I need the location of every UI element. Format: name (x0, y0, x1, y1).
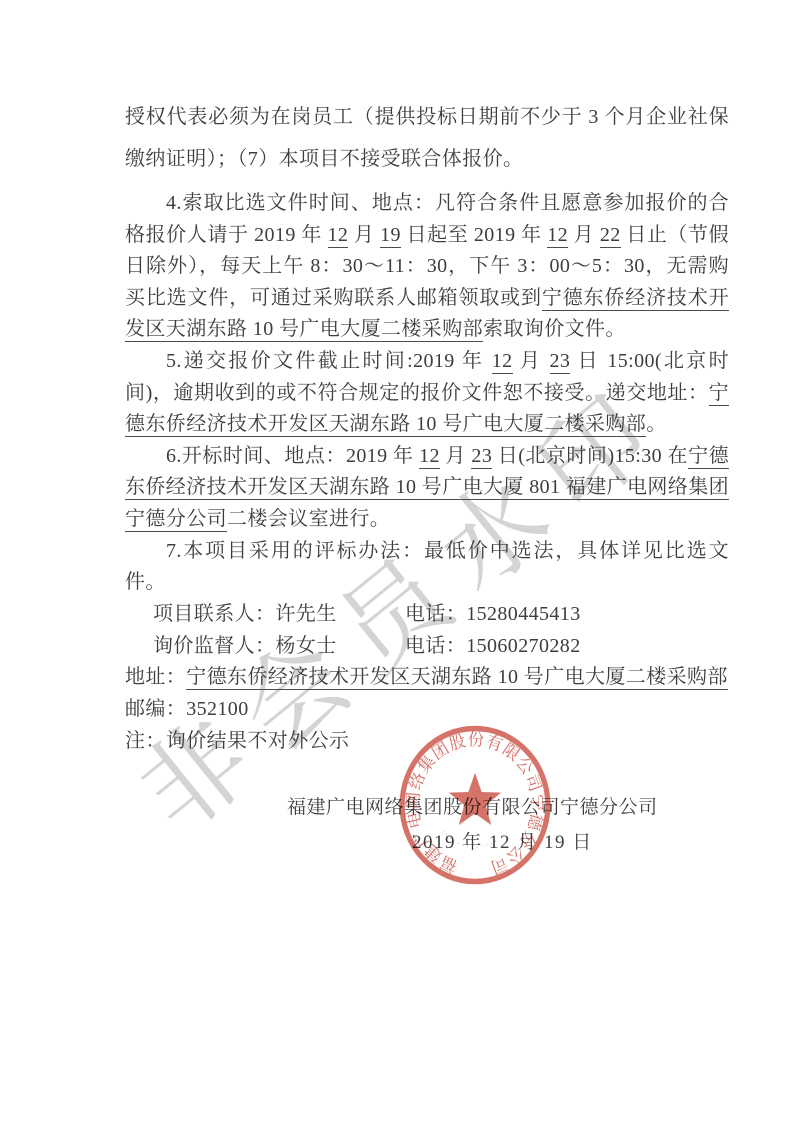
text-segment: 月 (568, 224, 600, 246)
paragraph-item-4: 4.索取比选文件时间、地点：凡符合条件且愿意参加报价的合格报价人请于 2019 … (125, 188, 729, 346)
underlined-text: 19 (380, 224, 401, 248)
paragraph-continued: 授权代表必须为在岗员工（提供投标日期前不少于 3 个月企业社保缴纳证明）；（7）… (125, 96, 729, 180)
text-segment: 二楼会议室进行。 (227, 508, 390, 530)
contact-name: 项目联系人：许先生 (153, 603, 337, 625)
paragraph-item-7: 7.本项目采用的评标办法：最低价中选法，具体详见比选文件。 (125, 536, 729, 599)
text-segment: 索取询价文件。 (483, 318, 626, 340)
text-segment: 月 (440, 445, 472, 467)
text-segment: 授权代表必须为在岗员工（提供投标日期前不少于 3 个月企业社保缴纳证明）；（7）… (125, 106, 729, 170)
seal-serial-holder: ············· (440, 827, 501, 852)
underlined-text: 23 (471, 445, 492, 469)
contact-phone: 电话：15280445413 (405, 599, 581, 631)
text-segment: 月 (348, 224, 380, 246)
underlined-text: 12 (419, 445, 440, 469)
seal-star (449, 773, 501, 825)
text-segment: 5.递交报价文件截止时间:2019 年 (166, 350, 492, 372)
underlined-text: 12 (328, 224, 349, 248)
company-seal: 福建广电网络集团股份有限公司宁德分公司 ············· (394, 720, 556, 890)
contact-row: 询价监督人：杨女士电话：15060270282 (125, 631, 729, 663)
contact-list: 项目联系人：许先生电话：15280445413询价监督人：杨女士电话：15060… (125, 599, 729, 663)
postal-label: 邮编： (125, 698, 186, 720)
underlined-text: 23 (550, 350, 571, 374)
text-segment: 日起至 2019 年 (401, 224, 547, 246)
seal-serial-illegible-marks: ············· (440, 827, 501, 852)
paragraphs: 授权代表必须为在岗员工（提供投标日期前不少于 3 个月企业社保缴纳证明）；（7）… (125, 96, 729, 599)
underlined-text: 22 (600, 224, 621, 248)
contact-phone: 电话：15060270282 (405, 631, 581, 663)
underlined-text: 12 (547, 224, 568, 248)
postal-value: 352100 (186, 698, 248, 720)
contact-name: 询价监督人：杨女士 (153, 635, 337, 657)
address-label: 地址： (125, 666, 186, 688)
paragraph-item-5: 5.递交报价文件截止时间:2019 年 12 月 23 日 15:00(北京时间… (125, 346, 729, 441)
text-segment: 7.本项目采用的评标办法：最低价中选法，具体详见比选文件。 (125, 540, 729, 594)
text-segment: 月 (513, 350, 550, 372)
text-segment: 6.开标时间、地点：2019 年 (166, 445, 419, 467)
address-value: 宁德东侨经济技术开发区天湖东路 10 号广电大厦二楼采购部 (186, 666, 728, 690)
text-segment: 日(北京时间)15:30 在 (492, 445, 688, 467)
address-line: 地址：宁德东侨经济技术开发区天湖东路 10 号广电大厦二楼采购部 (125, 662, 729, 694)
document-page: 非会员水印 授权代表必须为在岗员工（提供投标日期前不少于 3 个月企业社保缴纳证… (0, 0, 793, 1121)
underlined-text: 12 (492, 350, 513, 374)
contact-row: 项目联系人：许先生电话：15280445413 (125, 599, 729, 631)
paragraph-item-6: 6.开标时间、地点：2019 年 12 月 23 日(北京时间)15:30 在宁… (125, 441, 729, 536)
document-body: 授权代表必须为在岗员工（提供投标日期前不少于 3 个月企业社保缴纳证明）；（7）… (125, 96, 729, 758)
text-segment: 。 (646, 413, 666, 435)
